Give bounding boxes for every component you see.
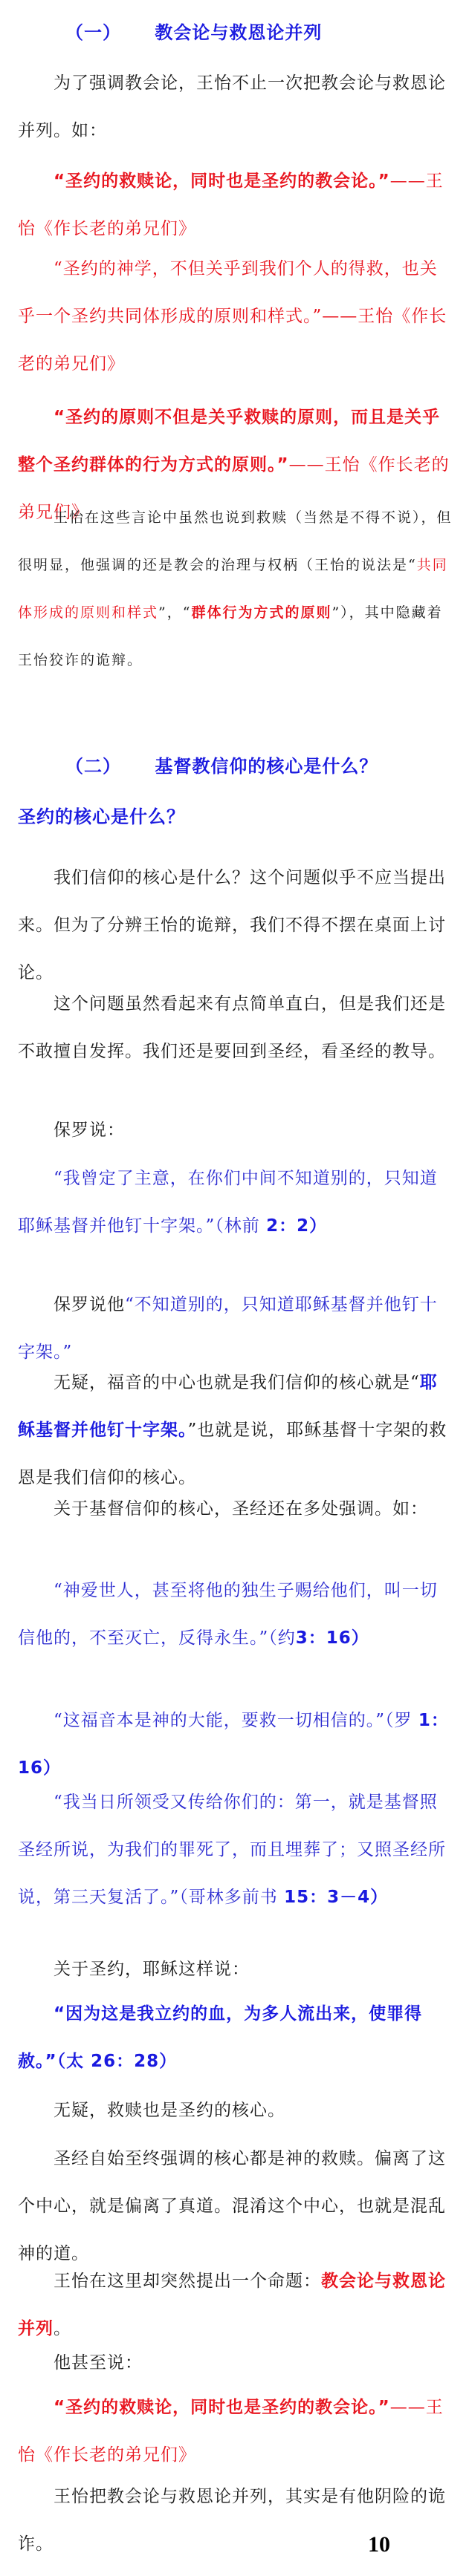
section-1-number: （一） [65, 22, 121, 43]
section-1-heading: （一） 教会论与救恩论并列 [65, 9, 469, 56]
verse-1cor-15-3-4: “我当日所领受又传给你们的：第一，就是基督照圣经所说，为我们的罪死了，而且埋葬了… [18, 1778, 453, 1921]
section-2-heading: （二） 基督教信仰的核心是什么？ [65, 743, 469, 790]
intro-paragraph: 为了强调教会论，王怡不止一次把教会论与救恩论并列。如： [18, 59, 453, 154]
quote-2: “圣约的神学，不但关乎到我们个人的得救，也关乎一个圣约共同体形成的原则和样式。”… [18, 245, 453, 388]
quote-1: “圣约的救赎论，同时也是圣约的教会论。”——王怡《作长老的弟兄们》 [18, 157, 453, 252]
analysis-paragraph: 王怡在这些言论中虽然也说到救赎（当然是不得不说），但很明显，他强调的还是教会的治… [18, 494, 453, 684]
paragraph-3: 保罗说： [18, 1106, 453, 1154]
paragraph-2: 这个问题虽然看起来有点简单直白，但是我们还是不敢擅自发挥。我们还是要回到圣经，看… [18, 980, 453, 1075]
paragraph-6: 关于基督信仰的核心，圣经还在多处强调。如： [18, 1485, 453, 1533]
verse-1cor-2-2: “我曾定了主意，在你们中间不知道别的，只知道耶稣基督并他钉十字架。”（林前 2：… [18, 1155, 453, 1250]
section-1-title: 教会论与救恩论并列 [155, 22, 322, 43]
quote-4: “圣约的救赎论，同时也是圣约的教会论。”——王怡《作长老的弟兄们》 [18, 2384, 453, 2479]
paragraph-5: 无疑，福音的中心也就是我们信仰的核心就是“耶稣基督并他钉十字架。”也就是说，耶稣… [18, 1359, 453, 1501]
paragraph-11: 他甚至说： [18, 2339, 453, 2387]
section-2-subheading: 圣约的核心是什么？ [18, 793, 453, 841]
section-2-title: 基督教信仰的核心是什么？ [155, 756, 378, 777]
verse-matt-26-28: “因为这是我立约的血，为多人流出来，使罪得赦。”（太 26：28） [18, 1990, 453, 2085]
paragraph-1: 我们信仰的核心是什么？这个问题似乎不应当提出来。但为了分辨王怡的诡辩，我们不得不… [18, 854, 453, 997]
paragraph-10: 王怡在这里却突然提出一个命题：教会论与救恩论并列。 [18, 2257, 453, 2352]
paragraph-8: 无疑，救赎也是圣约的核心。 [18, 2087, 453, 2134]
verse-john-3-16: “神爱世人，甚至将他的独生子赐给他们，叫一切信他的，不至灭亡，反得永生。”（约3… [18, 1567, 453, 1662]
page-number: 10 [368, 2532, 390, 2557]
section-2-number: （二） [65, 756, 121, 777]
paragraph-9: 圣经自始至终强调的核心都是神的救赎。偏离了这个中心，就是偏离了真道。混淆这个中心… [18, 2135, 453, 2277]
verse-rom-1-16: “这福音本是神的大能，要救一切相信的。”（罗 1：16） [18, 1697, 453, 1792]
paragraph-7: 关于圣约，耶稣这样说： [18, 1946, 453, 1993]
